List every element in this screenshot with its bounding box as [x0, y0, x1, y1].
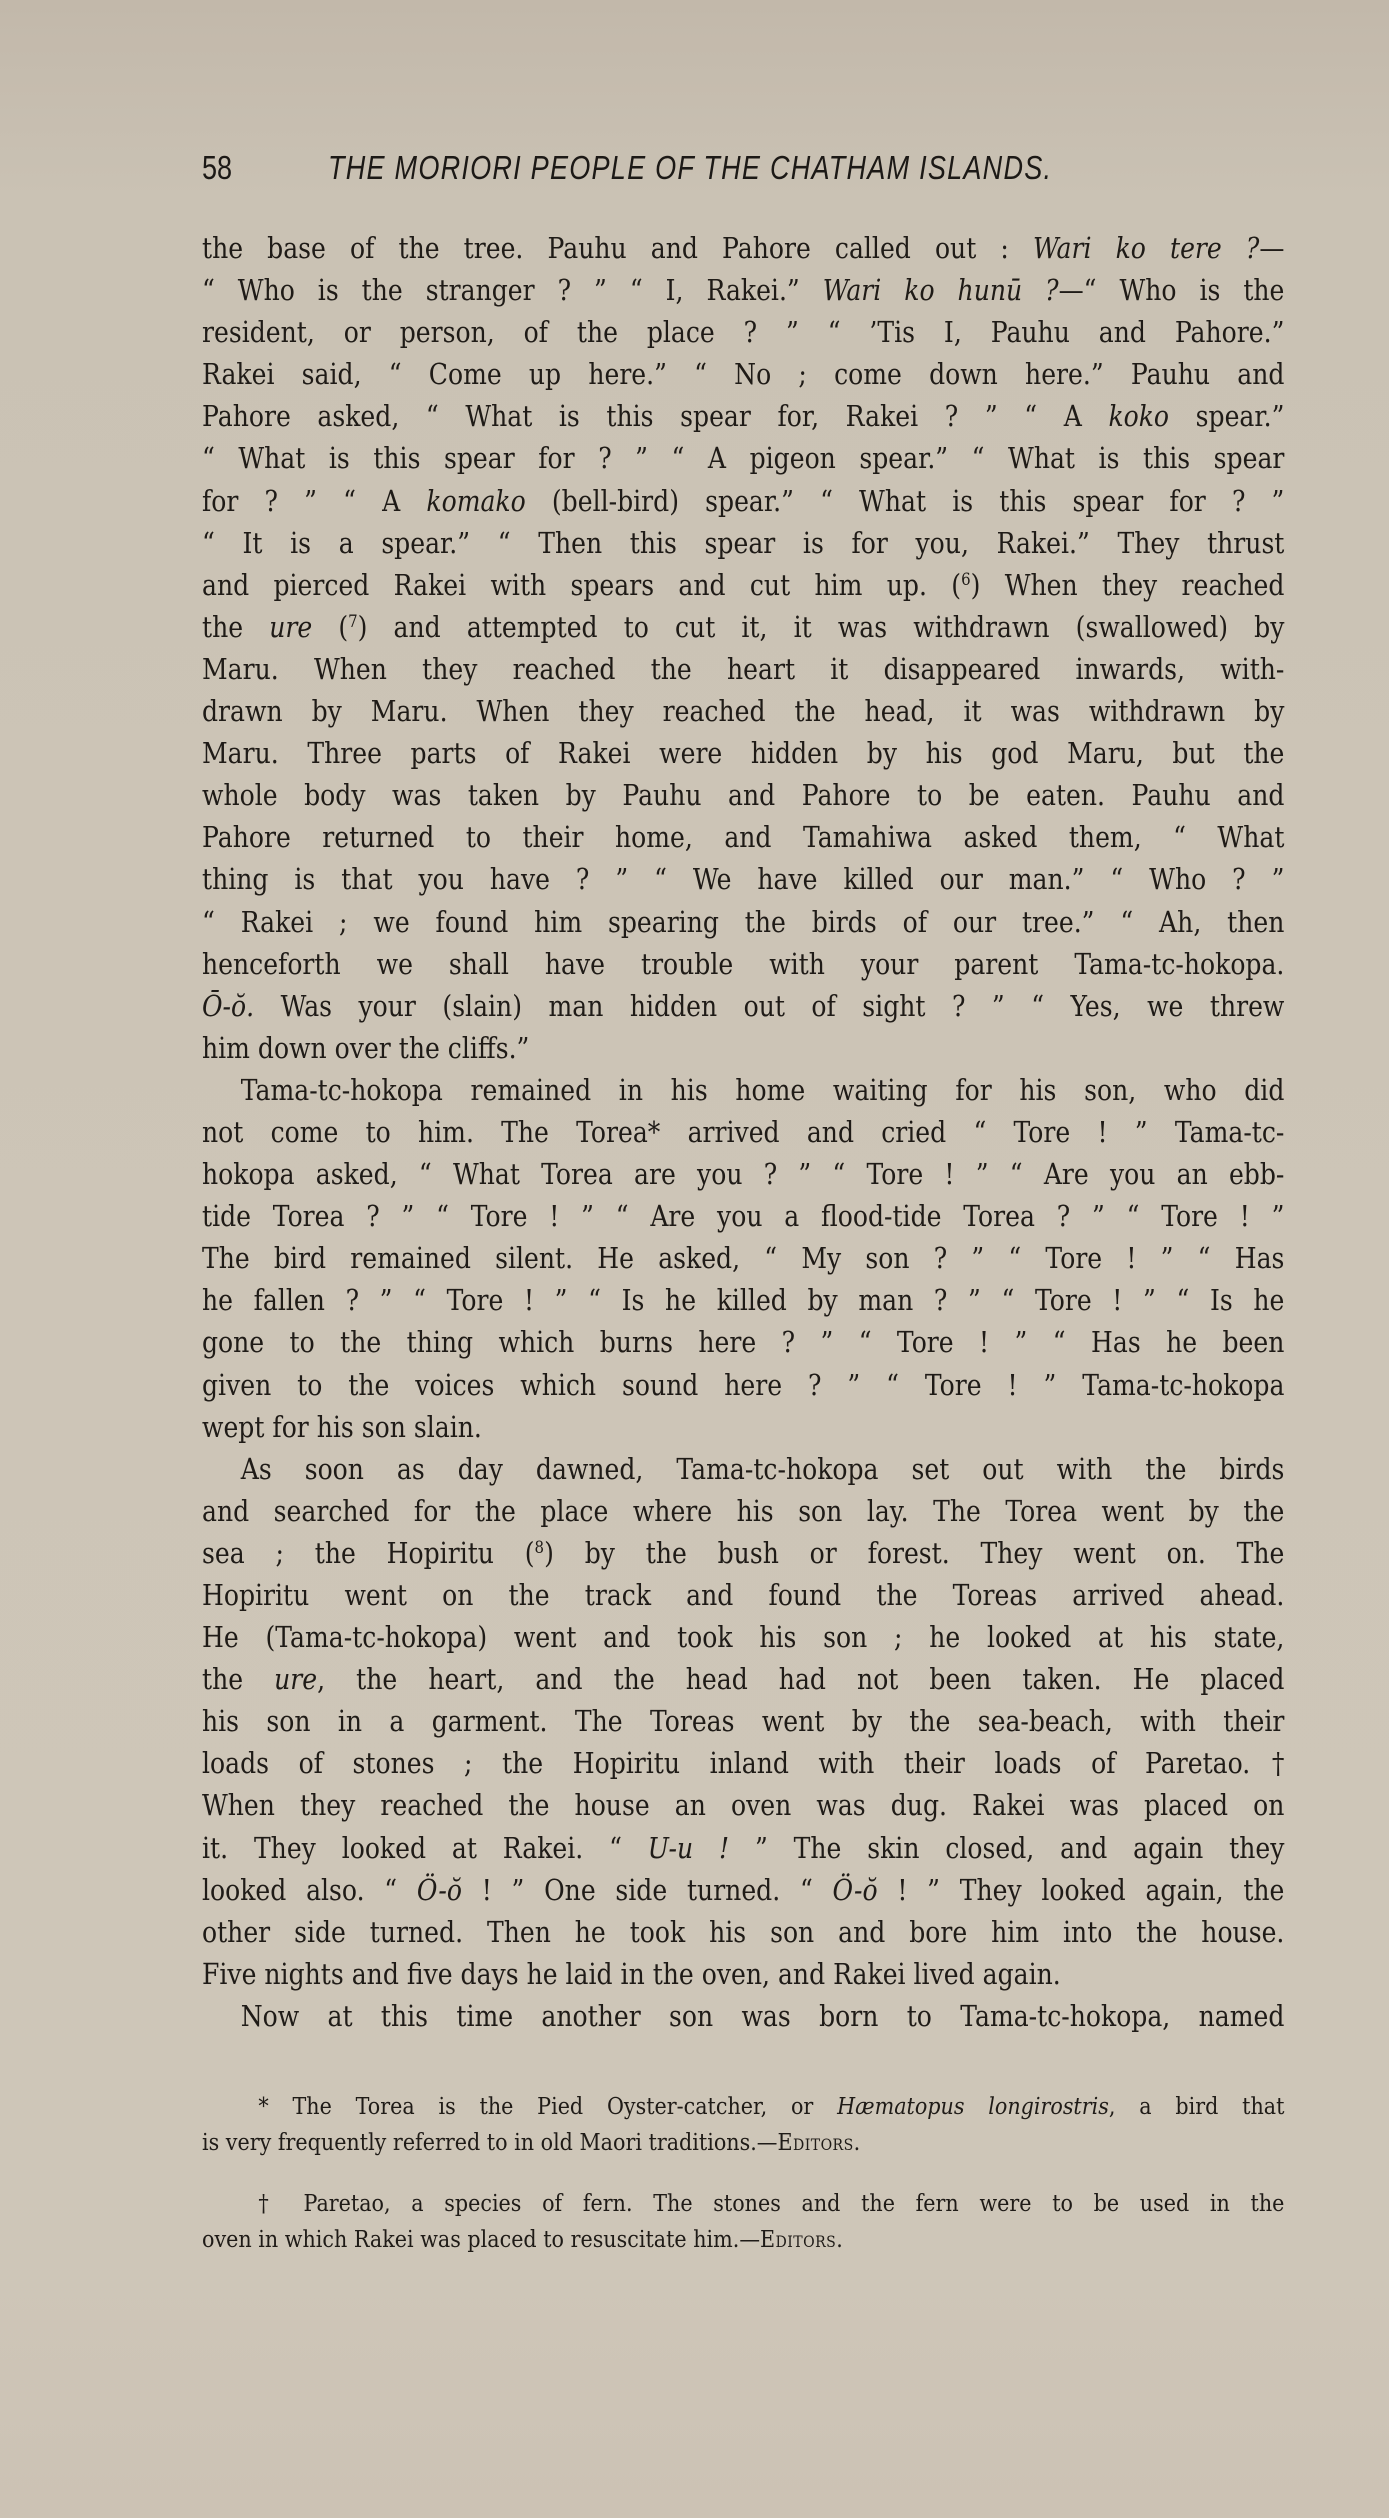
editors-credit: Editors. [777, 2128, 860, 2156]
text-line: gone to the thing which burns here ? ” “… [202, 1322, 1284, 1364]
footnote: * The Torea is the Pied Oyster-catcher, … [202, 2088, 1284, 2160]
text-segment: * The Torea is the Pied Oyster-catcher, … [258, 2092, 837, 2120]
text-line: tide Torea ? ” “ Tore ! ” “ Are you a fl… [202, 1196, 1284, 1238]
text-segment: † Paretao, a species of fern. The stones… [258, 2189, 1284, 2217]
text-segment: ( [312, 611, 348, 644]
text-segment: whole body was taken by Pauhu and Pahore… [202, 779, 1284, 812]
text-line: The bird remained silent. He asked, “ My… [202, 1238, 1284, 1280]
text-line: it. They looked at Rakei. “ U-u ! ” The … [202, 1828, 1284, 1870]
text-line: hokopa asked, “ What Torea are you ? ” “… [202, 1154, 1284, 1196]
text-segment: As soon as day dawned, Tama-tc-hokopa se… [241, 1453, 1285, 1486]
text-line: for ? ” “ A komako (bell-bird) spear.” “… [202, 481, 1284, 523]
text-line: Maru. When they reached the heart it dis… [202, 649, 1284, 691]
text-segment: oven in which Rakei was placed to resusc… [202, 2225, 760, 2253]
text-line: loads of stones ; the Hopiritu inland wi… [202, 1743, 1284, 1785]
footnote: † Paretao, a species of fern. The stones… [202, 2185, 1284, 2257]
text-line: thing is that you have ? ” “ We have kil… [202, 859, 1284, 901]
footnote-line: † Paretao, a species of fern. The stones… [202, 2185, 1284, 2221]
text-segment: Pahore returned to their home, and Tamah… [202, 821, 1284, 854]
text-line: not come to him. The Torea* arrived and … [202, 1112, 1284, 1154]
footnotes: * The Torea is the Pied Oyster-catcher, … [202, 2088, 1284, 2257]
text-segment: ) and attempted to cut it, it was withdr… [358, 611, 1285, 644]
text-segment: ) by the bush or forest. They went on. T… [544, 1537, 1284, 1570]
text-segment: “ It is a spear.” “ Then this spear is f… [202, 527, 1284, 560]
text-line: “ It is a spear.” “ Then this spear is f… [202, 523, 1284, 565]
italic-text: Ö-ŏ [833, 1874, 878, 1907]
text-line: given to the voices which sound here ? ”… [202, 1365, 1284, 1407]
text-segment: other side turned. Then he took his son … [202, 1916, 1284, 1949]
text-segment: henceforth we shall have trouble with yo… [202, 948, 1284, 981]
text-segment: Five nights and five days he laid in the… [202, 1958, 1061, 1991]
text-line: looked also. “ Ö-ŏ ! ” One side turned. … [202, 1870, 1284, 1912]
running-head: 58 THE MORIORI PEOPLE OF THE CHATHAM ISL… [202, 143, 1302, 193]
text-segment: resident, or person, of the place ? ” “ … [202, 316, 1284, 349]
text-line: and searched for the place where his son… [202, 1491, 1284, 1533]
text-line: and pierced Rakei with spears and cut hi… [202, 565, 1284, 607]
text-line: he fallen ? ” “ Tore ! ” “ Is he killed … [202, 1280, 1284, 1322]
text-line: his son in a garment. The Toreas went by… [202, 1701, 1284, 1743]
footnote-line: * The Torea is the Pied Oyster-catcher, … [202, 2088, 1284, 2124]
italic-text: U-u ! [648, 1832, 729, 1865]
text-line: drawn by Maru. When they reached the hea… [202, 691, 1284, 733]
footnote-spacer [202, 2160, 1284, 2185]
text-line: Tama-tc-hokopa remained in his home wait… [202, 1070, 1284, 1112]
text-segment: not come to him. The Torea* arrived and … [202, 1116, 1284, 1149]
page-number: 58 [202, 143, 232, 193]
text-segment: the base of the tree. Pauhu and Pahore c… [202, 232, 1033, 265]
text-segment: gone to the thing which burns here ? ” “… [202, 1326, 1284, 1359]
text-segment: he fallen ? ” “ Tore ! ” “ Is he killed … [202, 1284, 1284, 1317]
text-segment: Rakei said, “ Come up here.” “ No ; come… [202, 358, 1284, 391]
text-segment: Maru. When they reached the heart it dis… [202, 653, 1284, 686]
text-segment: (bell-bird) spear.” “ What is this spear… [526, 485, 1285, 518]
text-segment: — [1259, 232, 1284, 265]
text-segment: tide Torea ? ” “ Tore ! ” “ Are you a fl… [202, 1200, 1284, 1233]
text-line: When they reached the house an oven was … [202, 1785, 1284, 1827]
reference-number: 8 [535, 1538, 545, 1558]
italic-text: ure [269, 611, 312, 644]
italic-text: Hæmatopus longirostris [837, 2092, 1109, 2120]
text-segment: “ Who is the stranger ? ” “ I, Rakei.” [202, 274, 823, 307]
italic-text: Wari ko hunū ? [823, 274, 1059, 307]
text-segment: “ Rakei ; we found him spearing the bird… [202, 906, 1284, 939]
running-head-title: THE MORIORI PEOPLE OF THE CHATHAM ISLAND… [328, 143, 1052, 193]
text-segment: ! ” One side turned. “ [462, 1874, 833, 1907]
text-segment: thing is that you have ? ” “ We have kil… [202, 863, 1284, 896]
book-page: 58 THE MORIORI PEOPLE OF THE CHATHAM ISL… [0, 0, 1389, 2518]
text-segment: his son in a garment. The Toreas went by… [202, 1705, 1284, 1738]
text-segment: loads of stones ; the Hopiritu inland wi… [202, 1747, 1284, 1780]
footnote-line: oven in which Rakei was placed to resusc… [202, 2221, 1284, 2257]
text-segment: , a bird that [1109, 2092, 1285, 2120]
text-line: Ō-ŏ. Was your (slain) man hidden out of … [202, 986, 1284, 1028]
text-segment: “ What is this spear for ? ” “ A pigeon … [202, 442, 1284, 475]
text-segment: wept for his son slain. [202, 1411, 482, 1444]
text-line: sea ; the Hopiritu (8) by the bush or fo… [202, 1533, 1284, 1575]
text-line: Maru. Three parts of Rakei were hidden b… [202, 733, 1284, 775]
text-line: the ure (7) and attempted to cut it, it … [202, 607, 1284, 649]
text-line: the base of the tree. Pauhu and Pahore c… [202, 228, 1284, 270]
editors-credit: Editors. [760, 2225, 843, 2253]
text-line: Rakei said, “ Come up here.” “ No ; come… [202, 354, 1284, 396]
text-segment: ! ” They looked again, the [878, 1874, 1285, 1907]
text-segment: Was your (slain) man hidden out of sight… [254, 990, 1284, 1023]
text-segment: given to the voices which sound here ? ”… [202, 1369, 1284, 1402]
text-line: him down over the cliffs.” [202, 1028, 1284, 1070]
text-segment: for ? ” “ A [202, 485, 426, 518]
text-segment: drawn by Maru. When they reached the hea… [202, 695, 1284, 728]
text-segment: is very frequently referred to in old Ma… [202, 2128, 777, 2156]
text-line: other side turned. Then he took his son … [202, 1912, 1284, 1954]
text-line: wept for his son slain. [202, 1407, 1284, 1449]
italic-text: koko [1108, 400, 1169, 433]
text-segment: ” The skin closed, and again they [729, 1832, 1284, 1865]
text-line: “ Rakei ; we found him spearing the bird… [202, 902, 1284, 944]
text-segment: Tama-tc-hokopa remained in his home wait… [241, 1074, 1285, 1107]
text-line: resident, or person, of the place ? ” “ … [202, 312, 1284, 354]
text-segment: the [202, 611, 269, 644]
text-line: “ Who is the stranger ? ” “ I, Rakei.” W… [202, 270, 1284, 312]
text-line: whole body was taken by Pauhu and Pahore… [202, 775, 1284, 817]
italic-text: Wari ko tere ? [1033, 232, 1259, 265]
text-line: the ure, the heart, and the head had not… [202, 1659, 1284, 1701]
text-segment: Maru. Three parts of Rakei were hidden b… [202, 737, 1284, 770]
text-segment: and pierced Rakei with spears and cut hi… [202, 569, 961, 602]
text-segment: it. They looked at Rakei. “ [202, 1832, 648, 1865]
text-segment: , the heart, and the head had not been t… [317, 1663, 1284, 1696]
text-segment: Now at this time another son was born to… [241, 2000, 1285, 2033]
text-segment: When they reached the house an oven was … [202, 1789, 1284, 1822]
text-segment: the [202, 1663, 274, 1696]
text-line: “ What is this spear for ? ” “ A pigeon … [202, 438, 1284, 480]
text-segment: The bird remained silent. He asked, “ My… [202, 1242, 1284, 1275]
text-segment: Pahore asked, “ What is this spear for, … [202, 400, 1108, 433]
text-line: henceforth we shall have trouble with yo… [202, 944, 1284, 986]
reference-number: 6 [961, 570, 971, 590]
text-segment: hokopa asked, “ What Torea are you ? ” “… [202, 1158, 1284, 1191]
italic-text: Ō-ŏ. [202, 990, 254, 1023]
italic-text: ure [274, 1663, 317, 1696]
text-line: Five nights and five days he laid in the… [202, 1954, 1284, 1996]
text-segment: He (Tama-tc-hokopa) went and took his so… [202, 1621, 1284, 1654]
body-text: the base of the tree. Pauhu and Pahore c… [202, 228, 1284, 2038]
text-segment: and searched for the place where his son… [202, 1495, 1284, 1528]
text-segment: Hopiritu went on the track and found the… [202, 1579, 1284, 1612]
text-line: He (Tama-tc-hokopa) went and took his so… [202, 1617, 1284, 1659]
text-line: Pahore asked, “ What is this spear for, … [202, 396, 1284, 438]
reference-number: 7 [348, 612, 358, 632]
text-line: As soon as day dawned, Tama-tc-hokopa se… [202, 1449, 1284, 1491]
text-segment: sea ; the Hopiritu ( [202, 1537, 535, 1570]
text-line: Pahore returned to their home, and Tamah… [202, 817, 1284, 859]
text-segment: spear.” [1169, 400, 1284, 433]
italic-text: Ö-ŏ [417, 1874, 462, 1907]
text-segment: looked also. “ [202, 1874, 417, 1907]
text-line: Now at this time another son was born to… [202, 1996, 1284, 2038]
footnote-line: is very frequently referred to in old Ma… [202, 2124, 1284, 2160]
text-line: Hopiritu went on the track and found the… [202, 1575, 1284, 1617]
italic-text: komako [426, 485, 525, 518]
text-segment: —“ Who is the [1059, 274, 1285, 307]
text-segment: him down over the cliffs.” [202, 1032, 529, 1065]
text-segment: ) When they reached [971, 569, 1285, 602]
